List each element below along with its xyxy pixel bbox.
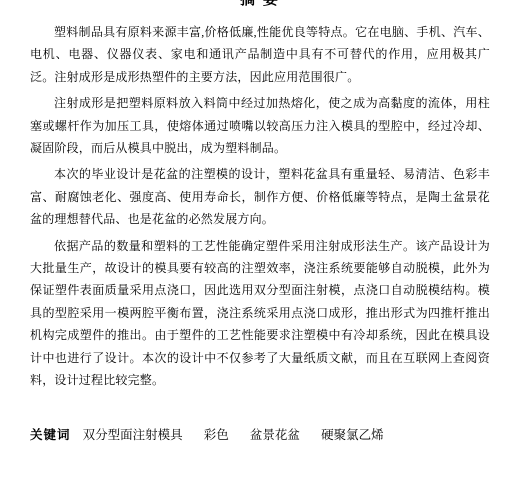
abstract-paragraph-1: 塑料制品具有原料来源丰富,价格低廉,性能优良等特点。它在电脑、手机、汽车、电机、… <box>30 21 490 88</box>
page-title: 摘 要 <box>30 0 490 8</box>
abstract-paragraph-3: 本次的毕业设计是花盆的注塑模的设计，塑料花盆具有重量轻、易清洁、色彩丰富、耐腐蚀… <box>30 163 490 230</box>
keyword-item: 盆景花盆 <box>250 428 300 442</box>
abstract-paragraph-2: 注射成形是把塑料原料放入料筒中经过加热熔化，使之成为高黏度的流体，用柱塞或螺杆作… <box>30 92 490 159</box>
abstract-paragraph-4: 依据产品的数量和塑料的工艺性能确定塑件采用注射成形法生产。该产品设计为大批量生产… <box>30 235 490 392</box>
keyword-item: 硬聚氯乙烯 <box>321 428 384 442</box>
abstract-page: 摘 要 塑料制品具有原料来源丰富,价格低廉,性能优良等特点。它在电脑、手机、汽车… <box>30 0 490 446</box>
keywords-line: 关键词 双分型面注射模具 彩色 盆景花盆 硬聚氯乙烯 <box>30 424 490 446</box>
keyword-item: 双分型面注射模具 <box>83 428 183 442</box>
keyword-item: 彩色 <box>204 428 229 442</box>
keywords-label: 关键词 <box>30 428 71 442</box>
abstract-body: 塑料制品具有原料来源丰富,价格低廉,性能优良等特点。它在电脑、手机、汽车、电机、… <box>30 21 490 392</box>
